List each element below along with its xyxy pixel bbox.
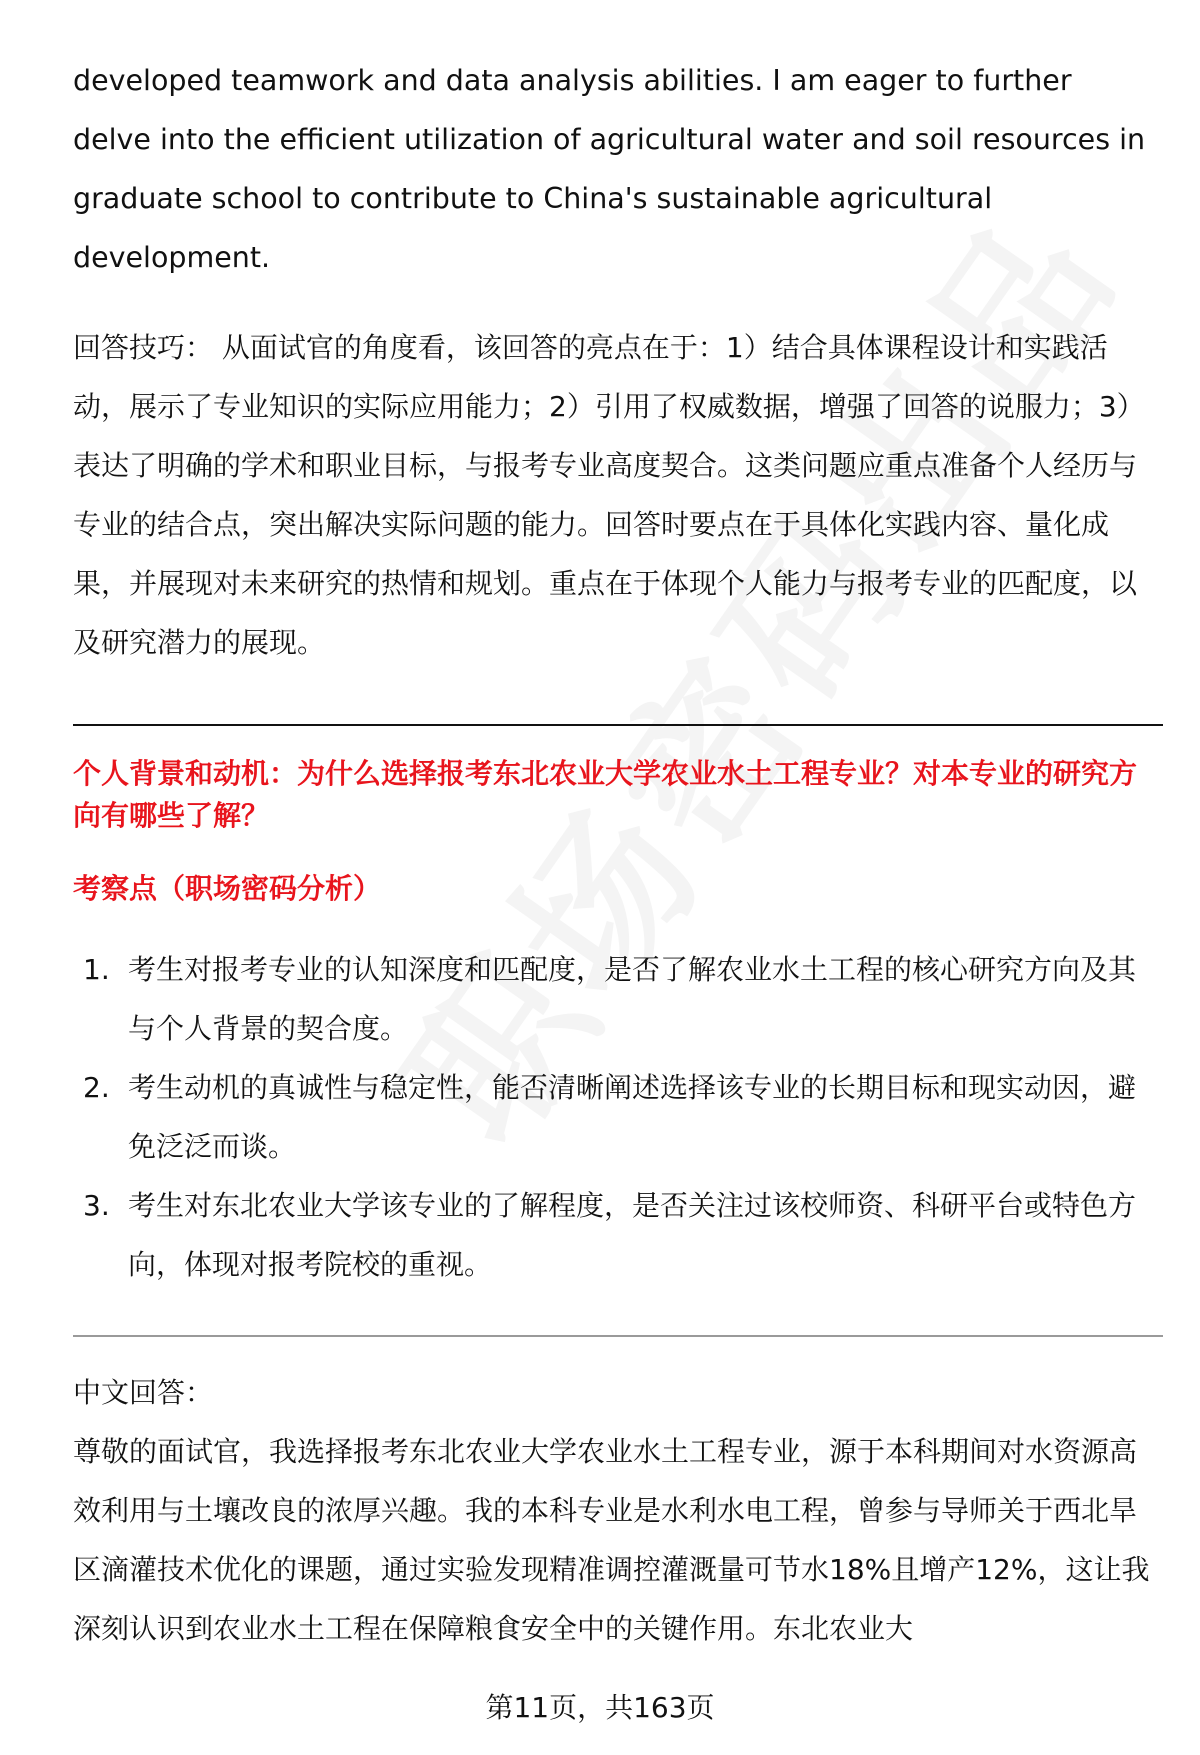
list-item: 3. 考生对东北农业大学该专业的了解程度，是否关注过该校师资、科研平台或特色方向… bbox=[73, 1176, 1163, 1294]
question-title: 个人背景和动机：为什么选择报考东北农业大学农业水土工程专业？对本专业的研究方向有… bbox=[73, 753, 1163, 837]
list-item-text: 考生对东北农业大学该专业的了解程度，是否关注过该校师资、科研平台或特色方向，体现… bbox=[128, 1189, 1136, 1281]
analysis-heading: 考察点（职场密码分析） bbox=[73, 868, 381, 910]
analysis-points-list: 1. 考生对报考专业的认知深度和匹配度，是否了解农业水土工程的核心研究方向及其与… bbox=[73, 940, 1163, 1294]
list-number: 3. bbox=[83, 1176, 110, 1235]
list-item-text: 考生对报考专业的认知深度和匹配度，是否了解农业水土工程的核心研究方向及其与个人背… bbox=[128, 953, 1136, 1045]
english-answer-paragraph: developed teamwork and data analysis abi… bbox=[73, 51, 1153, 287]
chinese-answer-body: 尊敬的面试官，我选择报考东北农业大学农业水土工程专业，源于本科期间对水资源高效利… bbox=[73, 1422, 1163, 1658]
answer-tips-paragraph: 回答技巧： 从面试官的角度看，该回答的亮点在于：1）结合具体课程设计和实践活动，… bbox=[73, 318, 1163, 672]
section-divider-light bbox=[73, 1335, 1163, 1337]
page-indicator: 第11页，共163页 bbox=[0, 1688, 1200, 1728]
list-number: 2. bbox=[83, 1058, 110, 1117]
list-item-text: 考生动机的真诚性与稳定性，能否清晰阐述选择该专业的长期目标和现实动因，避免泛泛而… bbox=[128, 1071, 1136, 1163]
chinese-answer-label: 中文回答： bbox=[73, 1363, 213, 1422]
list-number: 1. bbox=[83, 940, 110, 999]
list-item: 2. 考生动机的真诚性与稳定性，能否清晰阐述选择该专业的长期目标和现实动因，避免… bbox=[73, 1058, 1163, 1176]
section-divider bbox=[73, 724, 1163, 726]
list-item: 1. 考生对报考专业的认知深度和匹配度，是否了解农业水土工程的核心研究方向及其与… bbox=[73, 940, 1163, 1058]
